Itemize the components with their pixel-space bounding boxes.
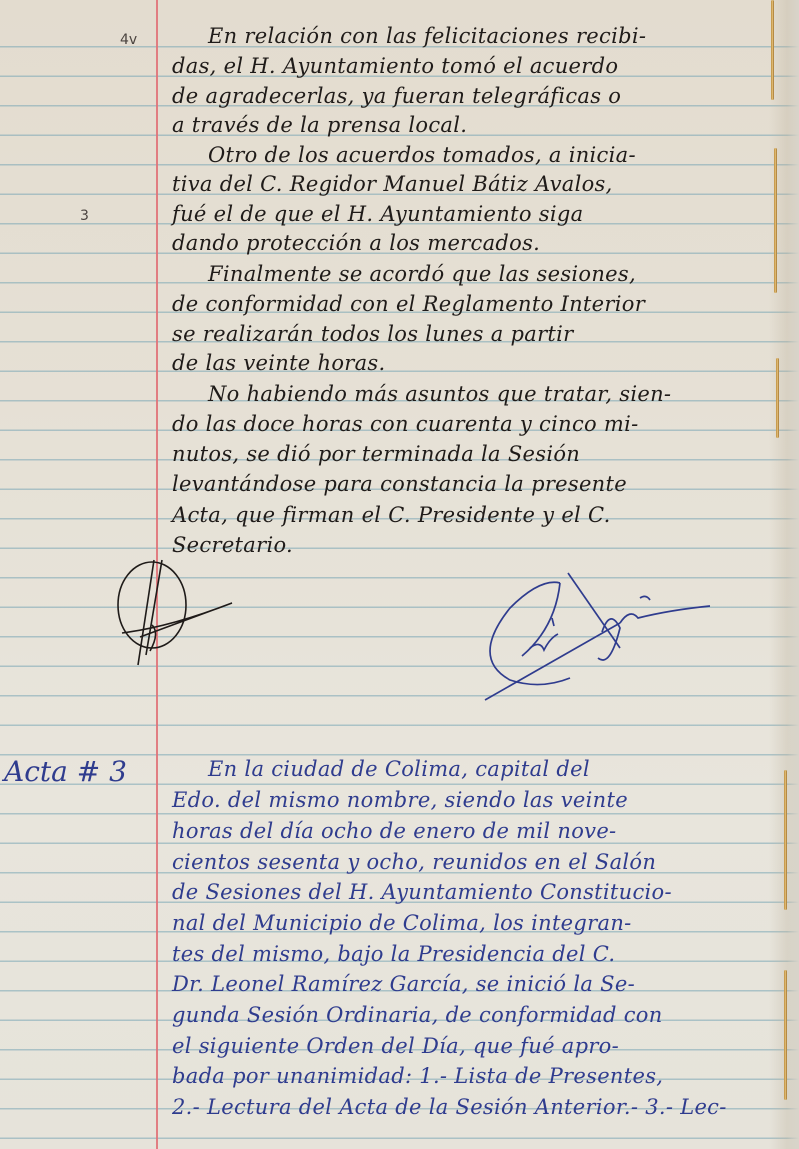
text-line: das, el H. Ayuntamiento tomó el acuerdo xyxy=(172,52,772,80)
text-line: fué el de que el H. Ayuntamiento siga xyxy=(172,200,772,228)
text-line: el siguiente Orden del Día, que fué apro… xyxy=(172,1032,772,1060)
text-line: En relación con las felicitaciones recib… xyxy=(172,22,799,50)
signature-right xyxy=(470,568,730,708)
text-line: horas del día ocho de enero de mil nove- xyxy=(172,817,772,845)
text-line: tes del mismo, bajo la Presidencia del C… xyxy=(172,940,772,968)
text-line: tiva del C. Regidor Manuel Bátiz Avalos, xyxy=(172,170,772,198)
text-line: se realizarán todos los lunes a partir xyxy=(172,320,772,348)
binding-staple xyxy=(784,970,787,1100)
text-line: No habiendo más asuntos que tratar, sien… xyxy=(172,380,799,408)
margin-note-folio: 4v xyxy=(120,32,137,48)
margin-note-number: 3 xyxy=(80,208,89,224)
signature-left xyxy=(110,555,250,675)
text-line: de agradecerlas, ya fueran telegráficas … xyxy=(172,82,772,110)
text-line: En la ciudad de Colima, capital del xyxy=(172,755,799,783)
text-line: Edo. del mismo nombre, siendo las veinte xyxy=(172,786,772,814)
text-line: 2.- Lectura del Acta de la Sesión Anteri… xyxy=(172,1093,772,1121)
text-line: dando protección a los mercados. xyxy=(172,229,772,257)
text-line: de Sesiones del H. Ayuntamiento Constitu… xyxy=(172,878,772,906)
text-line: Acta, que firman el C. Presidente y el C… xyxy=(172,501,772,529)
text-line: Dr. Leonel Ramírez García, se inició la … xyxy=(172,970,772,998)
text-line: nutos, se dió por terminada la Sesión xyxy=(172,440,772,468)
text-line: do las doce horas con cuarenta y cinco m… xyxy=(172,410,772,438)
binding-staple xyxy=(784,770,787,910)
text-line: gunda Sesión Ordinaria, de conformidad c… xyxy=(172,1001,772,1029)
text-line: bada por unanimidad: 1.- Lista de Presen… xyxy=(172,1062,772,1090)
text-line: Secretario. xyxy=(172,531,772,559)
acta-number-label: Acta # 3 xyxy=(4,755,127,788)
text-line: levantándose para constancia la presente xyxy=(172,470,772,498)
text-line: Otro de los acuerdos tomados, a inicia- xyxy=(172,141,799,169)
text-line: cientos sesenta y ocho, reunidos en el S… xyxy=(172,848,772,876)
text-line: de las veinte horas. xyxy=(172,349,772,377)
text-line: nal del Municipio de Colima, los integra… xyxy=(172,909,772,937)
text-line: a través de la prensa local. xyxy=(172,111,772,139)
text-line: Finalmente se acordó que las sesiones, xyxy=(172,260,799,288)
text-line: de conformidad con el Reglamento Interio… xyxy=(172,290,772,318)
